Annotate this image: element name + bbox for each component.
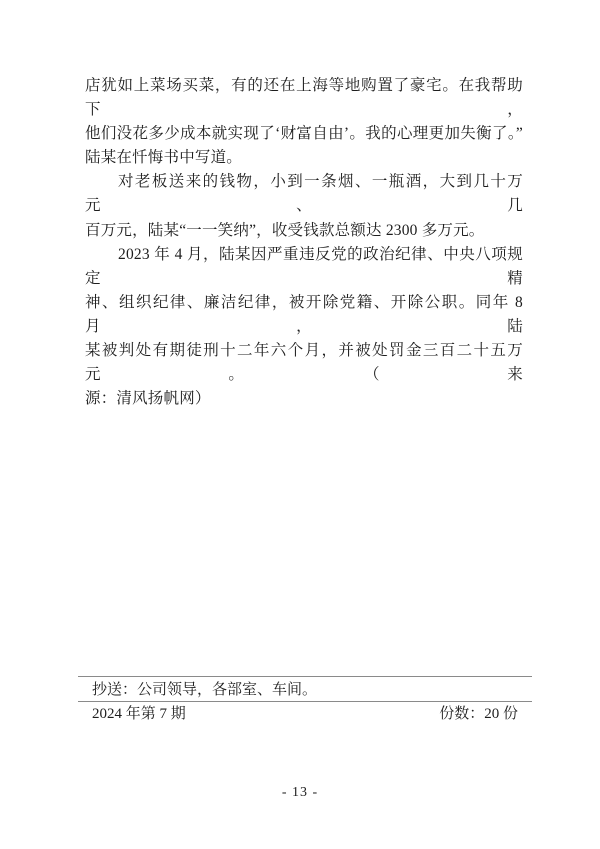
copies-count-label: 份数：20 份 — [439, 705, 518, 724]
body-text-line: 源：清风扬帆网） — [85, 387, 523, 411]
footer-divider-top — [78, 676, 532, 677]
body-text-line: 他们没花多少成本就实现了‘财富自由’。我的心理更加失衡了。” — [85, 122, 523, 146]
issue-info-row: 2024 年第 7 期 份数：20 份 — [92, 705, 518, 724]
issue-number-label: 2024 年第 7 期 — [92, 705, 186, 724]
body-text-line: 神、组织纪律、廉洁纪律，被开除党籍、开除公职。同年 8 月，陆 — [85, 291, 523, 339]
page-number: - 13 - — [0, 785, 600, 801]
cc-distribution-line: 抄送：公司领导，各部室、车间。 — [92, 681, 317, 700]
body-text-block: 店犹如上菜场买菜，有的还在上海等地购置了豪宅。在我帮助下， 他们没花多少成本就实… — [85, 74, 523, 411]
body-text-line: 百万元，陆某“一一笑纳”，收受钱款总额达 2300 多万元。 — [85, 219, 523, 243]
body-text-line: 对老板送来的钱物，小到一条烟、一瓶酒，大到几十万元、几 — [85, 170, 523, 218]
body-text-line: 陆某在忏悔书中写道。 — [85, 146, 523, 170]
body-text-line: 店犹如上菜场买菜，有的还在上海等地购置了豪宅。在我帮助下， — [85, 74, 523, 122]
document-page: 店犹如上菜场买菜，有的还在上海等地购置了豪宅。在我帮助下， 他们没花多少成本就实… — [0, 0, 600, 849]
body-text-line: 2023 年 4 月，陆某因严重违反党的政治纪律、中央八项规定精 — [85, 243, 523, 291]
body-text-line: 某被判处有期徒刑十二年六个月，并被处罚金三百二十五万元。（来 — [85, 339, 523, 387]
footer-divider-middle — [78, 701, 532, 702]
